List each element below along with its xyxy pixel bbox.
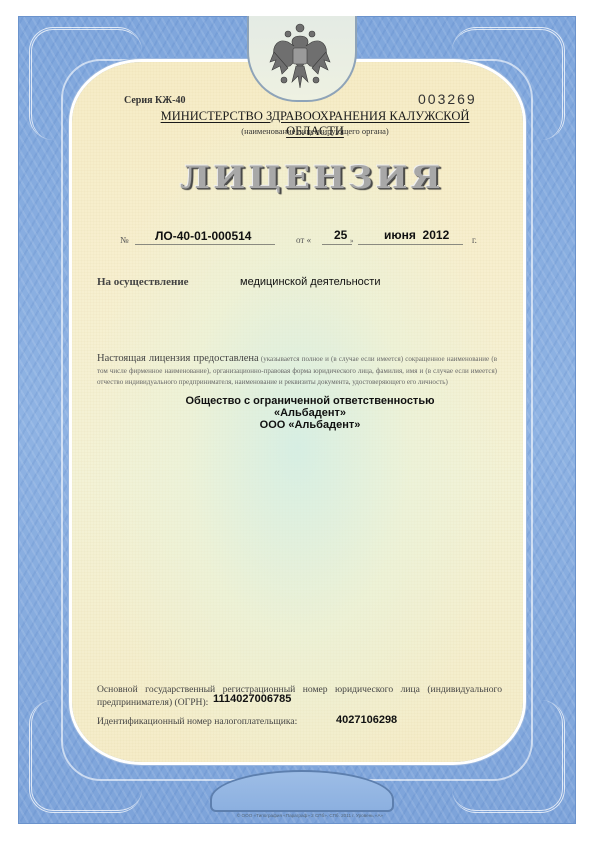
- inn-label: Идентификационный номер налогоплательщик…: [97, 716, 297, 727]
- document-title: ЛИЦЕНЗИЯ: [180, 160, 420, 196]
- licensee-name-line1: Общество с ограниченной ответственностью: [160, 395, 460, 407]
- date-suffix: г.: [472, 235, 477, 245]
- number-label: №: [120, 235, 129, 245]
- licensee-name-line2: «Альбадент»: [160, 407, 460, 419]
- ogrn-label-line2: предпринимателя) (ОГРН):: [97, 697, 208, 708]
- grant-paragraph: Настоящая лицензия предоставлена (указыв…: [97, 353, 497, 389]
- activity-value: медицинской деятельности: [240, 276, 380, 288]
- ogrn-value: 1114027006785: [213, 693, 291, 705]
- license-day: 25: [334, 228, 347, 242]
- printer-imprint: © ООО «Типография «Параграф» 2 СПб». СПб…: [190, 813, 430, 818]
- date-prefix: от «: [296, 235, 311, 245]
- serial-number: 003269: [418, 91, 477, 107]
- inn-value: 4027106298: [336, 714, 397, 726]
- grant-lead: Настоящая лицензия предоставлена: [97, 353, 259, 364]
- series-label: Серия КЖ-40: [124, 95, 185, 106]
- date-day-close: »: [350, 237, 354, 245]
- licensing-authority-caption: (наименование лицензирующего органа): [135, 126, 495, 136]
- ogrn-label-line1: Основной государственный регистрационный…: [97, 682, 502, 697]
- coat-of-arms-icon: [268, 22, 332, 94]
- license-number: ЛО-40-01-000514: [155, 229, 251, 243]
- activity-label: На осуществление: [97, 276, 189, 288]
- licensee-short-name: ООО «Альбадент»: [160, 419, 460, 431]
- number-underline: [135, 244, 275, 245]
- day-underline: [322, 244, 352, 245]
- month-year-underline: [358, 244, 463, 245]
- license-month-year: июня 2012: [384, 228, 449, 242]
